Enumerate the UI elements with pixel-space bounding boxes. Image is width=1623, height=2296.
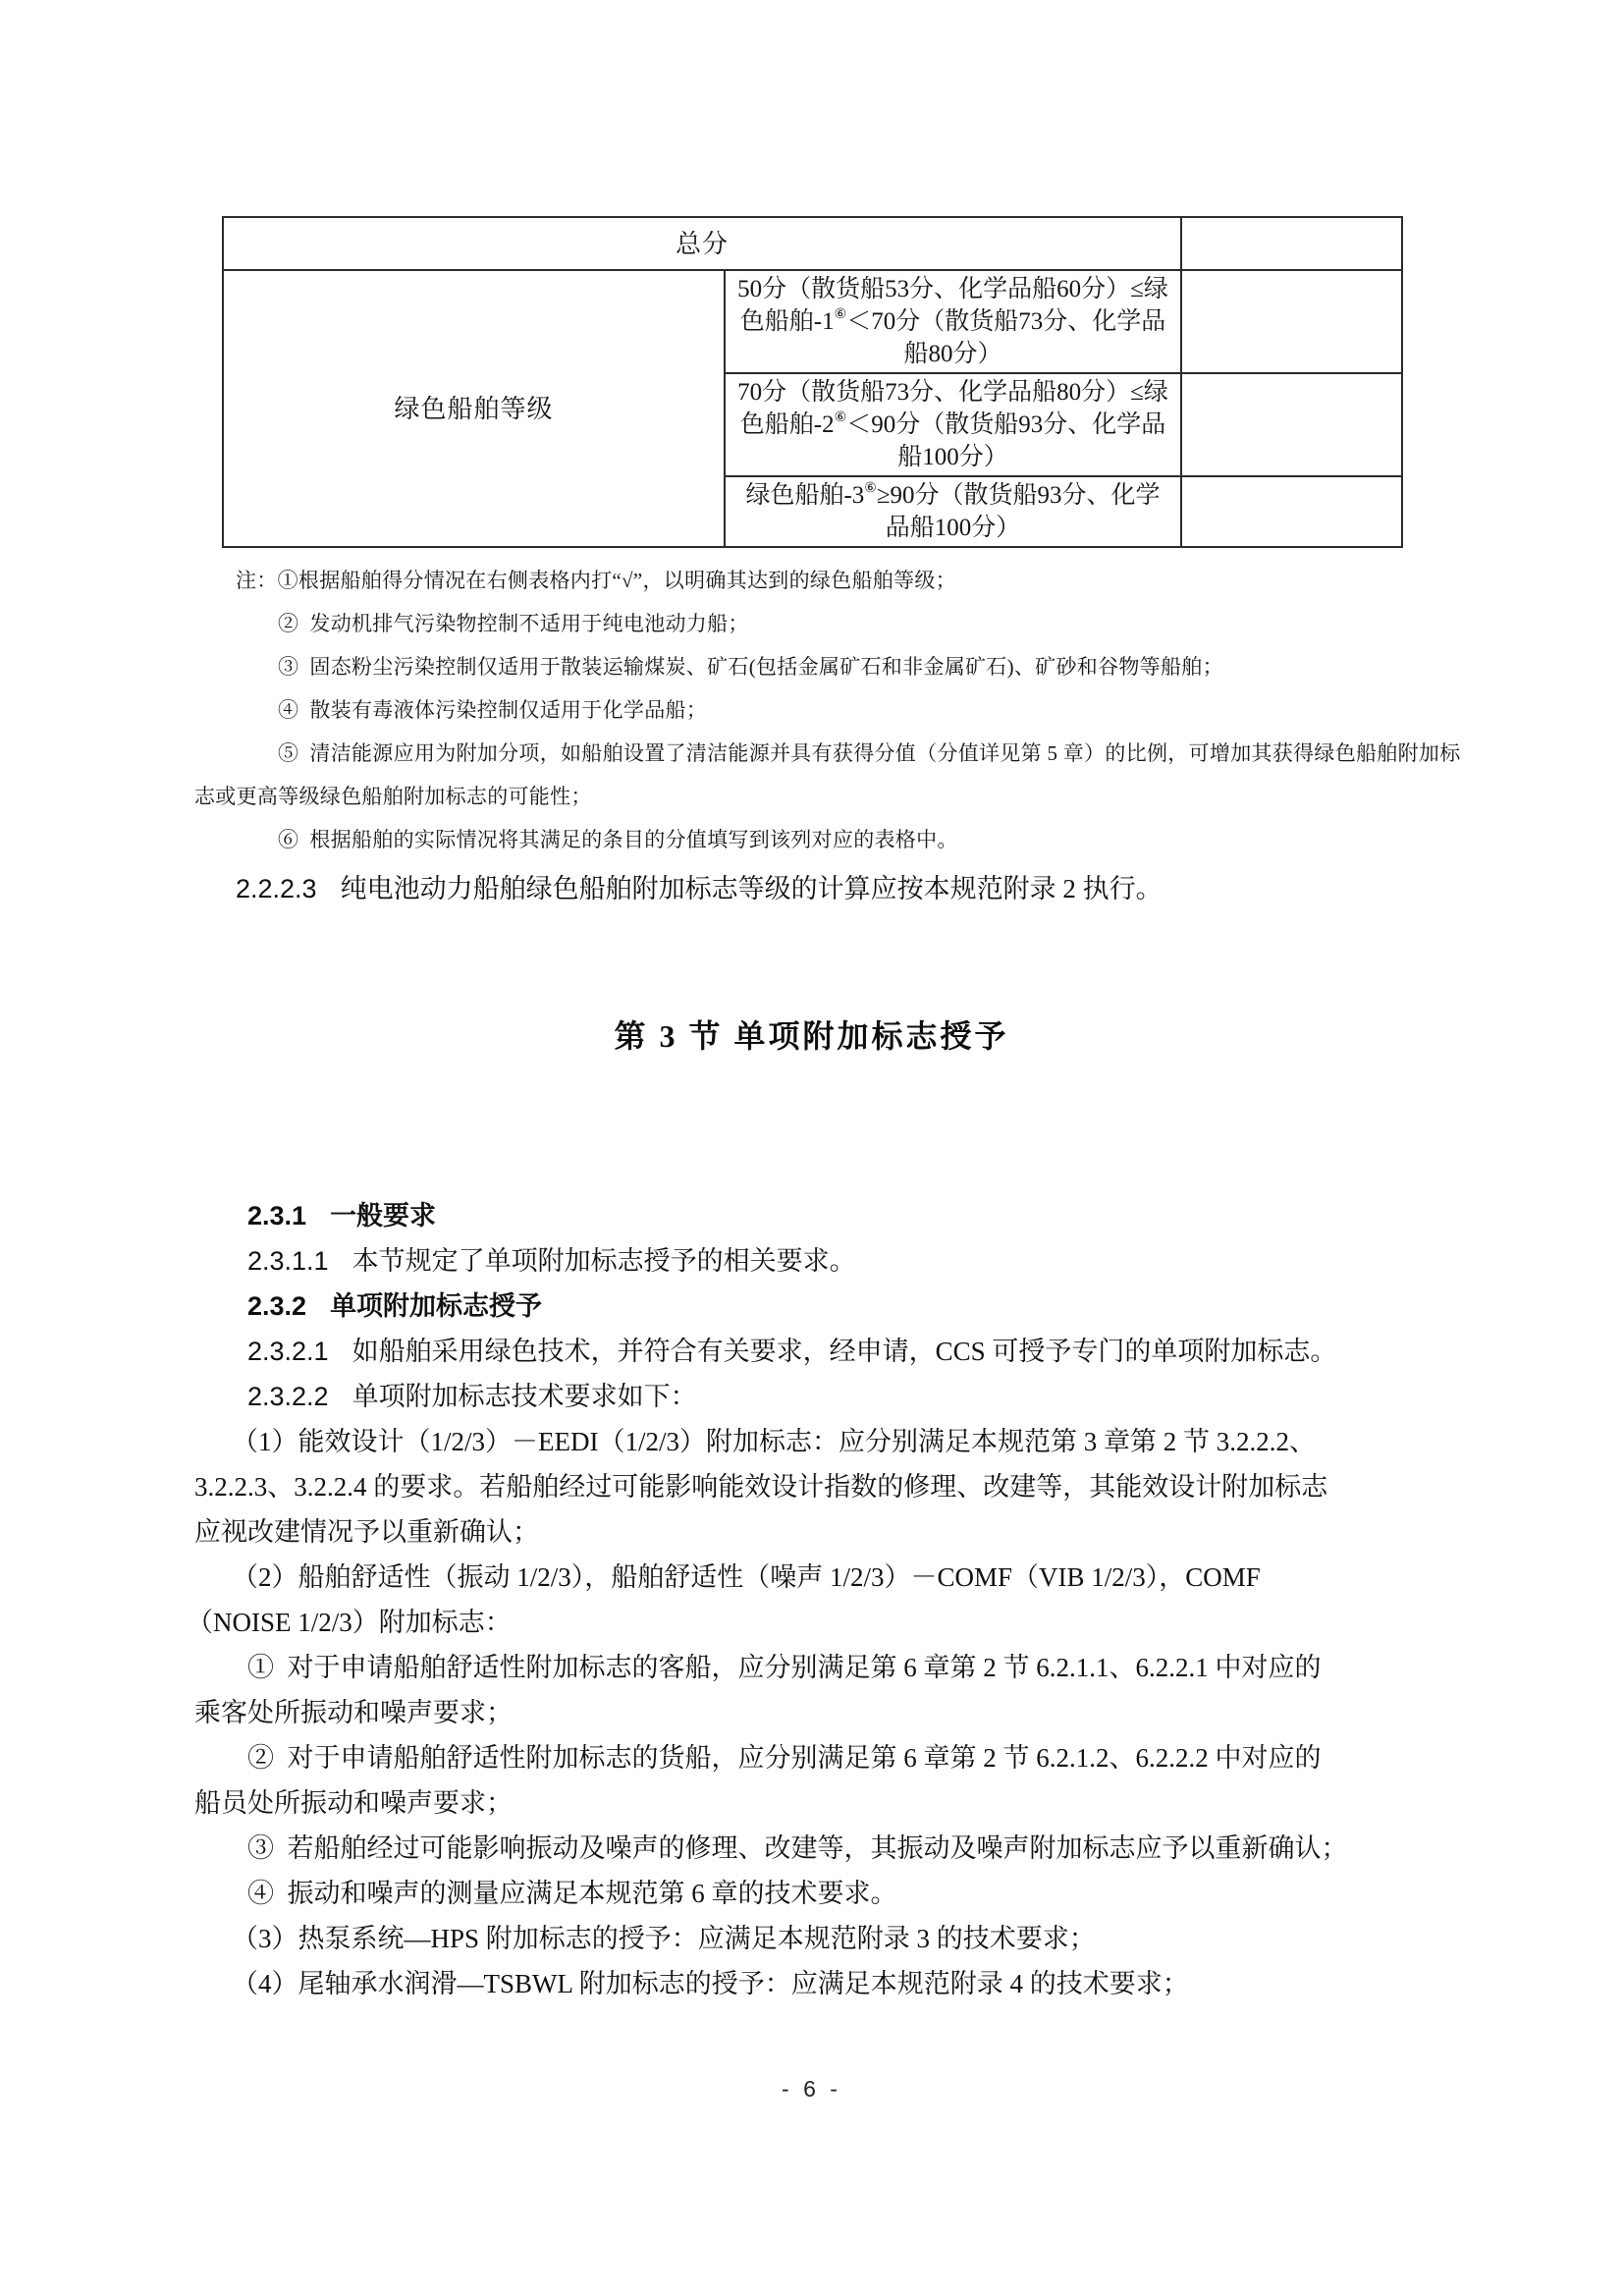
- heading-232-number: 2.3.2: [247, 1291, 306, 1321]
- green-ship-grade-table: 总分 绿色船舶等级 50分（散货船53分、化学品船60分）≤绿色船舶-1⑥＜70…: [222, 216, 1403, 548]
- note-4: ④ 散装有毒液体污染控制仅适用于化学品船；: [278, 694, 707, 724]
- grade-2-threshold-cell: 70分（散货船73分、化学品船80分）≤绿色船舶-2⑥＜90分（散货船93分、化…: [725, 373, 1181, 476]
- note-6: ⑥ 根据船舶的实际情况将其满足的条目的分值填写到该列对应的表格中。: [278, 824, 958, 853]
- clause-2321: 2.3.2.1如船舶采用绿色技术，并符合有关要求，经申请，CCS 可授予专门的单…: [247, 1330, 1336, 1368]
- grade-3-text-cont: ≥90分（散货船93分、化学品船100分）: [877, 482, 1161, 541]
- heading-232-text: 单项附加标志授予: [330, 1291, 542, 1321]
- grade-2-text-cont: ＜90分（散货船93分、化学品船100分）: [846, 411, 1165, 470]
- page-number: - 6 -: [0, 2076, 1623, 2103]
- clause-2223-text: 纯电池动力船舶绿色船舶附加标志等级的计算应按本规范附录 2 执行。: [341, 874, 1163, 903]
- item-2-comfort: （2）船舶舒适性（振动 1/2/3），船舶舒适性（噪声 1/2/3）－COMF（…: [232, 1556, 1261, 1594]
- grade-1-threshold-cell: 50分（散货船53分、化学品船60分）≤绿色船舶-1⑥＜70分（散货船73分、化…: [725, 270, 1181, 373]
- clause-2322: 2.3.2.2单项附加标志技术要求如下：: [247, 1375, 697, 1413]
- note-2: ② 发动机排气污染物控制不适用于纯电池动力船；: [278, 608, 749, 637]
- heading-231-text: 一般要求: [330, 1201, 436, 1230]
- grade-1-text-cont: ＜70分（散货船73分、化学品船80分）: [846, 308, 1165, 367]
- grade-3-text: 绿色船舶-3: [745, 482, 864, 509]
- subitem-1-passenger-cont: 乘客处所振动和噪声要求；: [194, 1691, 513, 1729]
- clause-2322-text: 单项附加标志技术要求如下：: [352, 1382, 697, 1411]
- table-checkmark-cell-grade1: [1181, 270, 1402, 373]
- subitem-2-cargo-cont: 船员处所振动和噪声要求；: [194, 1781, 513, 1820]
- subitem-3-reconfirm: ③ 若船舶经过可能影响振动及噪声的修理、改建等，其振动及噪声附加标志应予以重新确…: [247, 1827, 1348, 1865]
- note-label: 注：: [236, 569, 278, 592]
- grade-3-threshold-cell: 绿色船舶-3⑥≥90分（散货船93分、化学品船100分）: [725, 476, 1181, 547]
- clause-2321-text: 如船舶采用绿色技术，并符合有关要求，经申请，CCS 可授予专门的单项附加标志。: [352, 1337, 1337, 1366]
- clause-2311-number: 2.3.1.1: [247, 1246, 329, 1276]
- clause-2321-number: 2.3.2.1: [247, 1337, 329, 1366]
- note-5-continuation: 志或更高等级绿色船舶附加标志的可能性；: [194, 781, 592, 810]
- note-3: ③ 固态粉尘污染控制仅适用于散装运输煤炭、矿石(包括金属矿石和非金属矿石)、矿砂…: [278, 651, 1223, 681]
- item-4-tsbwl: （4）尾轴承水润滑—TSBWL 附加标志的授予：应满足本规范附录 4 的技术要求…: [232, 1962, 1189, 2000]
- clause-2311-text: 本节规定了单项附加标志授予的相关要求。: [352, 1246, 856, 1276]
- table-checkmark-cell-grade2: [1181, 373, 1402, 476]
- heading-231-number: 2.3.1: [247, 1201, 306, 1230]
- subitem-1-passenger: ① 对于申请船舶舒适性附加标志的客船，应分别满足第 6 章第 2 节 6.2.1…: [247, 1646, 1322, 1684]
- document-page: 总分 绿色船舶等级 50分（散货船53分、化学品船60分）≤绿色船舶-1⑥＜70…: [0, 0, 1623, 2296]
- table-header-total-score: 总分: [223, 217, 1181, 270]
- table-row-label-grade: 绿色船舶等级: [223, 270, 725, 547]
- heading-231: 2.3.1一般要求: [247, 1194, 436, 1232]
- note-1-text: ①根据船舶得分情况在右侧表格内打“√”，以明确其达到的绿色船舶等级；: [278, 569, 956, 592]
- grade-1-footnote-ref: ⑥: [835, 307, 847, 322]
- subitem-4-measurement: ④ 振动和噪声的测量应满足本规范第 6 章的技术要求。: [247, 1872, 897, 1910]
- grade-3-footnote-ref: ⑥: [864, 481, 877, 496]
- clause-2311: 2.3.1.1本节规定了单项附加标志授予的相关要求。: [247, 1239, 856, 1278]
- section-heading: 第 3 节 单项附加标志授予: [0, 1011, 1623, 1057]
- item-1-eedi-cont1: 3.2.2.3、3.2.2.4 的要求。若船舶经过可能影响能效设计指数的修理、改…: [194, 1465, 1327, 1503]
- item-2-comfort-cont: （NOISE 1/2/3）附加标志：: [187, 1601, 512, 1639]
- note-1: 注：①根据船舶得分情况在右侧表格内打“√”，以明确其达到的绿色船舶等级；: [236, 565, 956, 594]
- table-checkmark-cell-header: [1181, 217, 1402, 270]
- item-3-hps: （3）热泵系统—HPS 附加标志的授予：应满足本规范附录 3 的技术要求；: [232, 1917, 1096, 1955]
- item-1-eedi: （1）能效设计（1/2/3）－EEDI（1/2/3）附加标志：应分别满足本规范第…: [232, 1420, 1316, 1458]
- clause-2223-number: 2.2.2.3: [236, 874, 317, 903]
- item-1-eedi-cont2: 应视改建情况予以重新确认；: [194, 1510, 539, 1549]
- note-5: ⑤ 清洁能源应用为附加分项，如船舶设置了清洁能源并具有获得分值（分值详见第 5 …: [278, 738, 1461, 767]
- table-checkmark-cell-grade3: [1181, 476, 1402, 547]
- subitem-2-cargo: ② 对于申请船舶舒适性附加标志的货船，应分别满足第 6 章第 2 节 6.2.1…: [247, 1736, 1322, 1775]
- grade-2-footnote-ref: ⑥: [835, 410, 847, 425]
- clause-2322-number: 2.3.2.2: [247, 1382, 329, 1411]
- clause-2223: 2.2.2.3纯电池动力船舶绿色船舶附加标志等级的计算应按本规范附录 2 执行。: [236, 867, 1163, 905]
- heading-232: 2.3.2单项附加标志授予: [247, 1285, 542, 1323]
